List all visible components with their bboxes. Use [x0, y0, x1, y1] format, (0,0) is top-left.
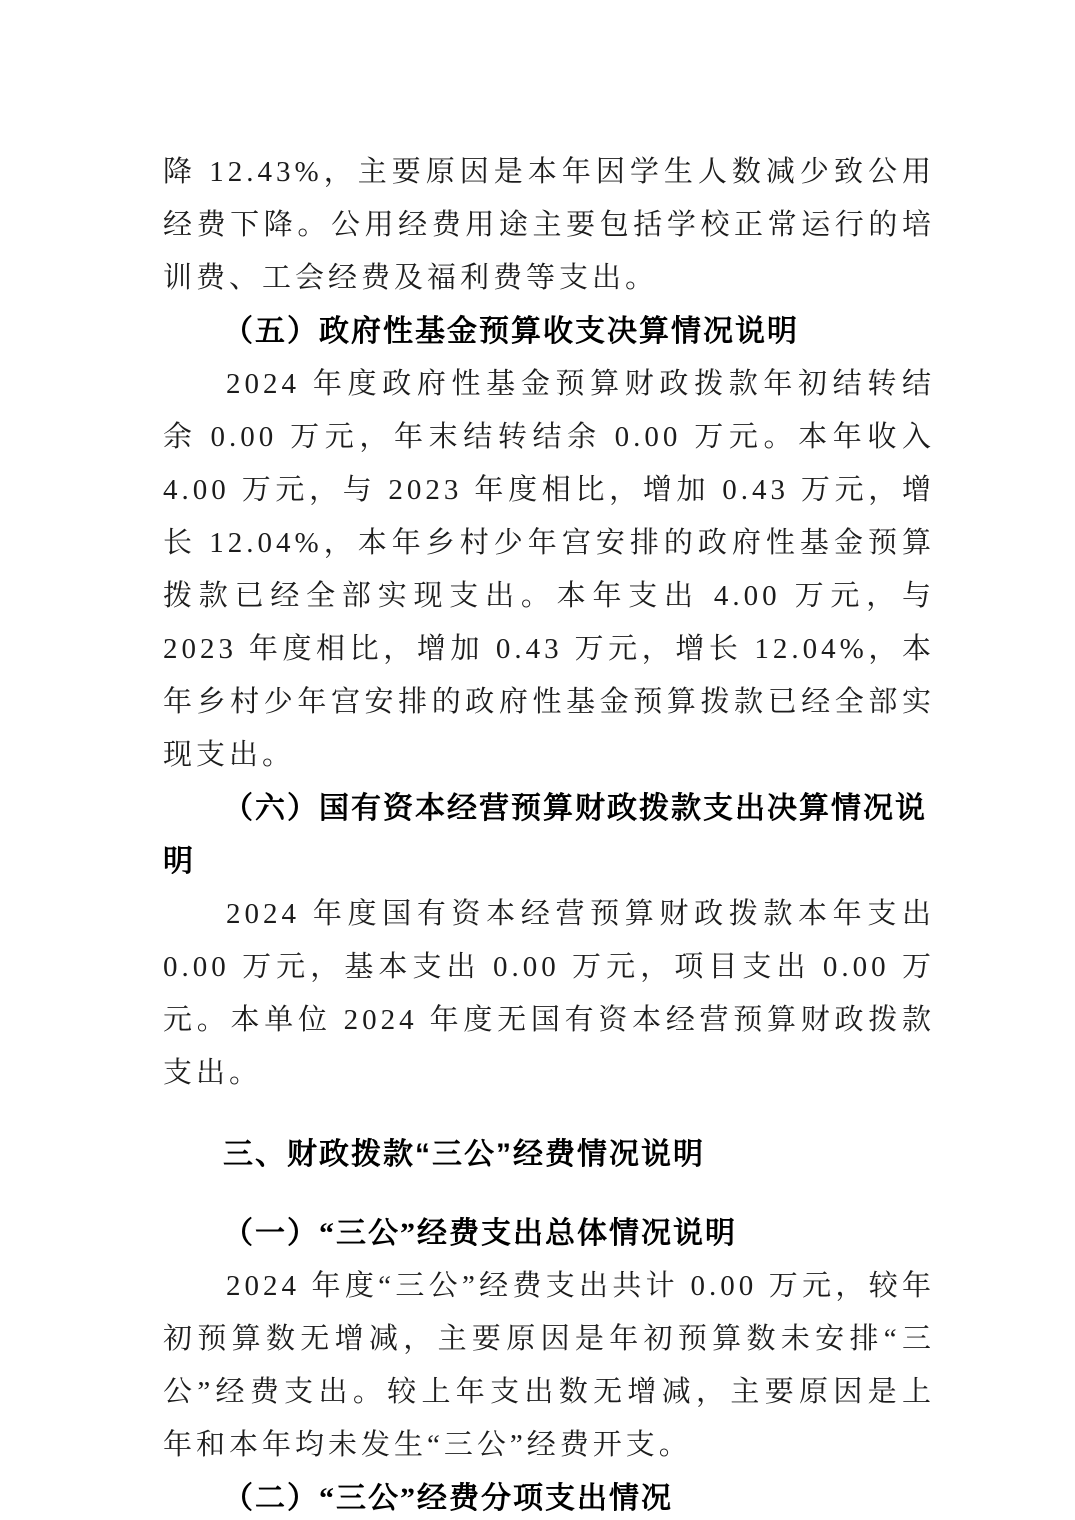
document-page: 降 12.43%，主要原因是本年因学生人数减少致公用经费下降。公用经费用途主要包…: [0, 0, 1075, 1520]
document-content: 降 12.43%，主要原因是本年因学生人数减少致公用经费下降。公用经费用途主要包…: [163, 146, 935, 1520]
paragraph-state-capital-budget-details: 2024 年度国有资本经营预算财政拨款本年支出 0.00 万元，基本支出 0.0…: [163, 888, 935, 1100]
section-heading-6-state-capital-budget: （六）国有资本经营预算财政拨款支出决算情况说明: [163, 782, 935, 888]
subsection-heading-2-three-public-itemized: （二）“三公”经费分项支出情况: [163, 1472, 935, 1520]
chapter-heading-3-three-public-funds: 三、财政拨款“三公”经费情况说明: [163, 1128, 935, 1181]
paragraph-three-public-overall-details: 2024 年度“三公”经费支出共计 0.00 万元，较年初预算数无增减，主要原因…: [163, 1260, 935, 1472]
paragraph-public-expense-continuation: 降 12.43%，主要原因是本年因学生人数减少致公用经费下降。公用经费用途主要包…: [163, 146, 935, 305]
paragraph-gov-fund-budget-details: 2024 年度政府性基金预算财政拨款年初结转结余 0.00 万元，年末结转结余 …: [163, 358, 935, 782]
subsection-heading-1-three-public-overall: （一）“三公”经费支出总体情况说明: [163, 1207, 935, 1260]
section-heading-5-gov-fund-budget: （五）政府性基金预算收支决算情况说明: [163, 305, 935, 358]
